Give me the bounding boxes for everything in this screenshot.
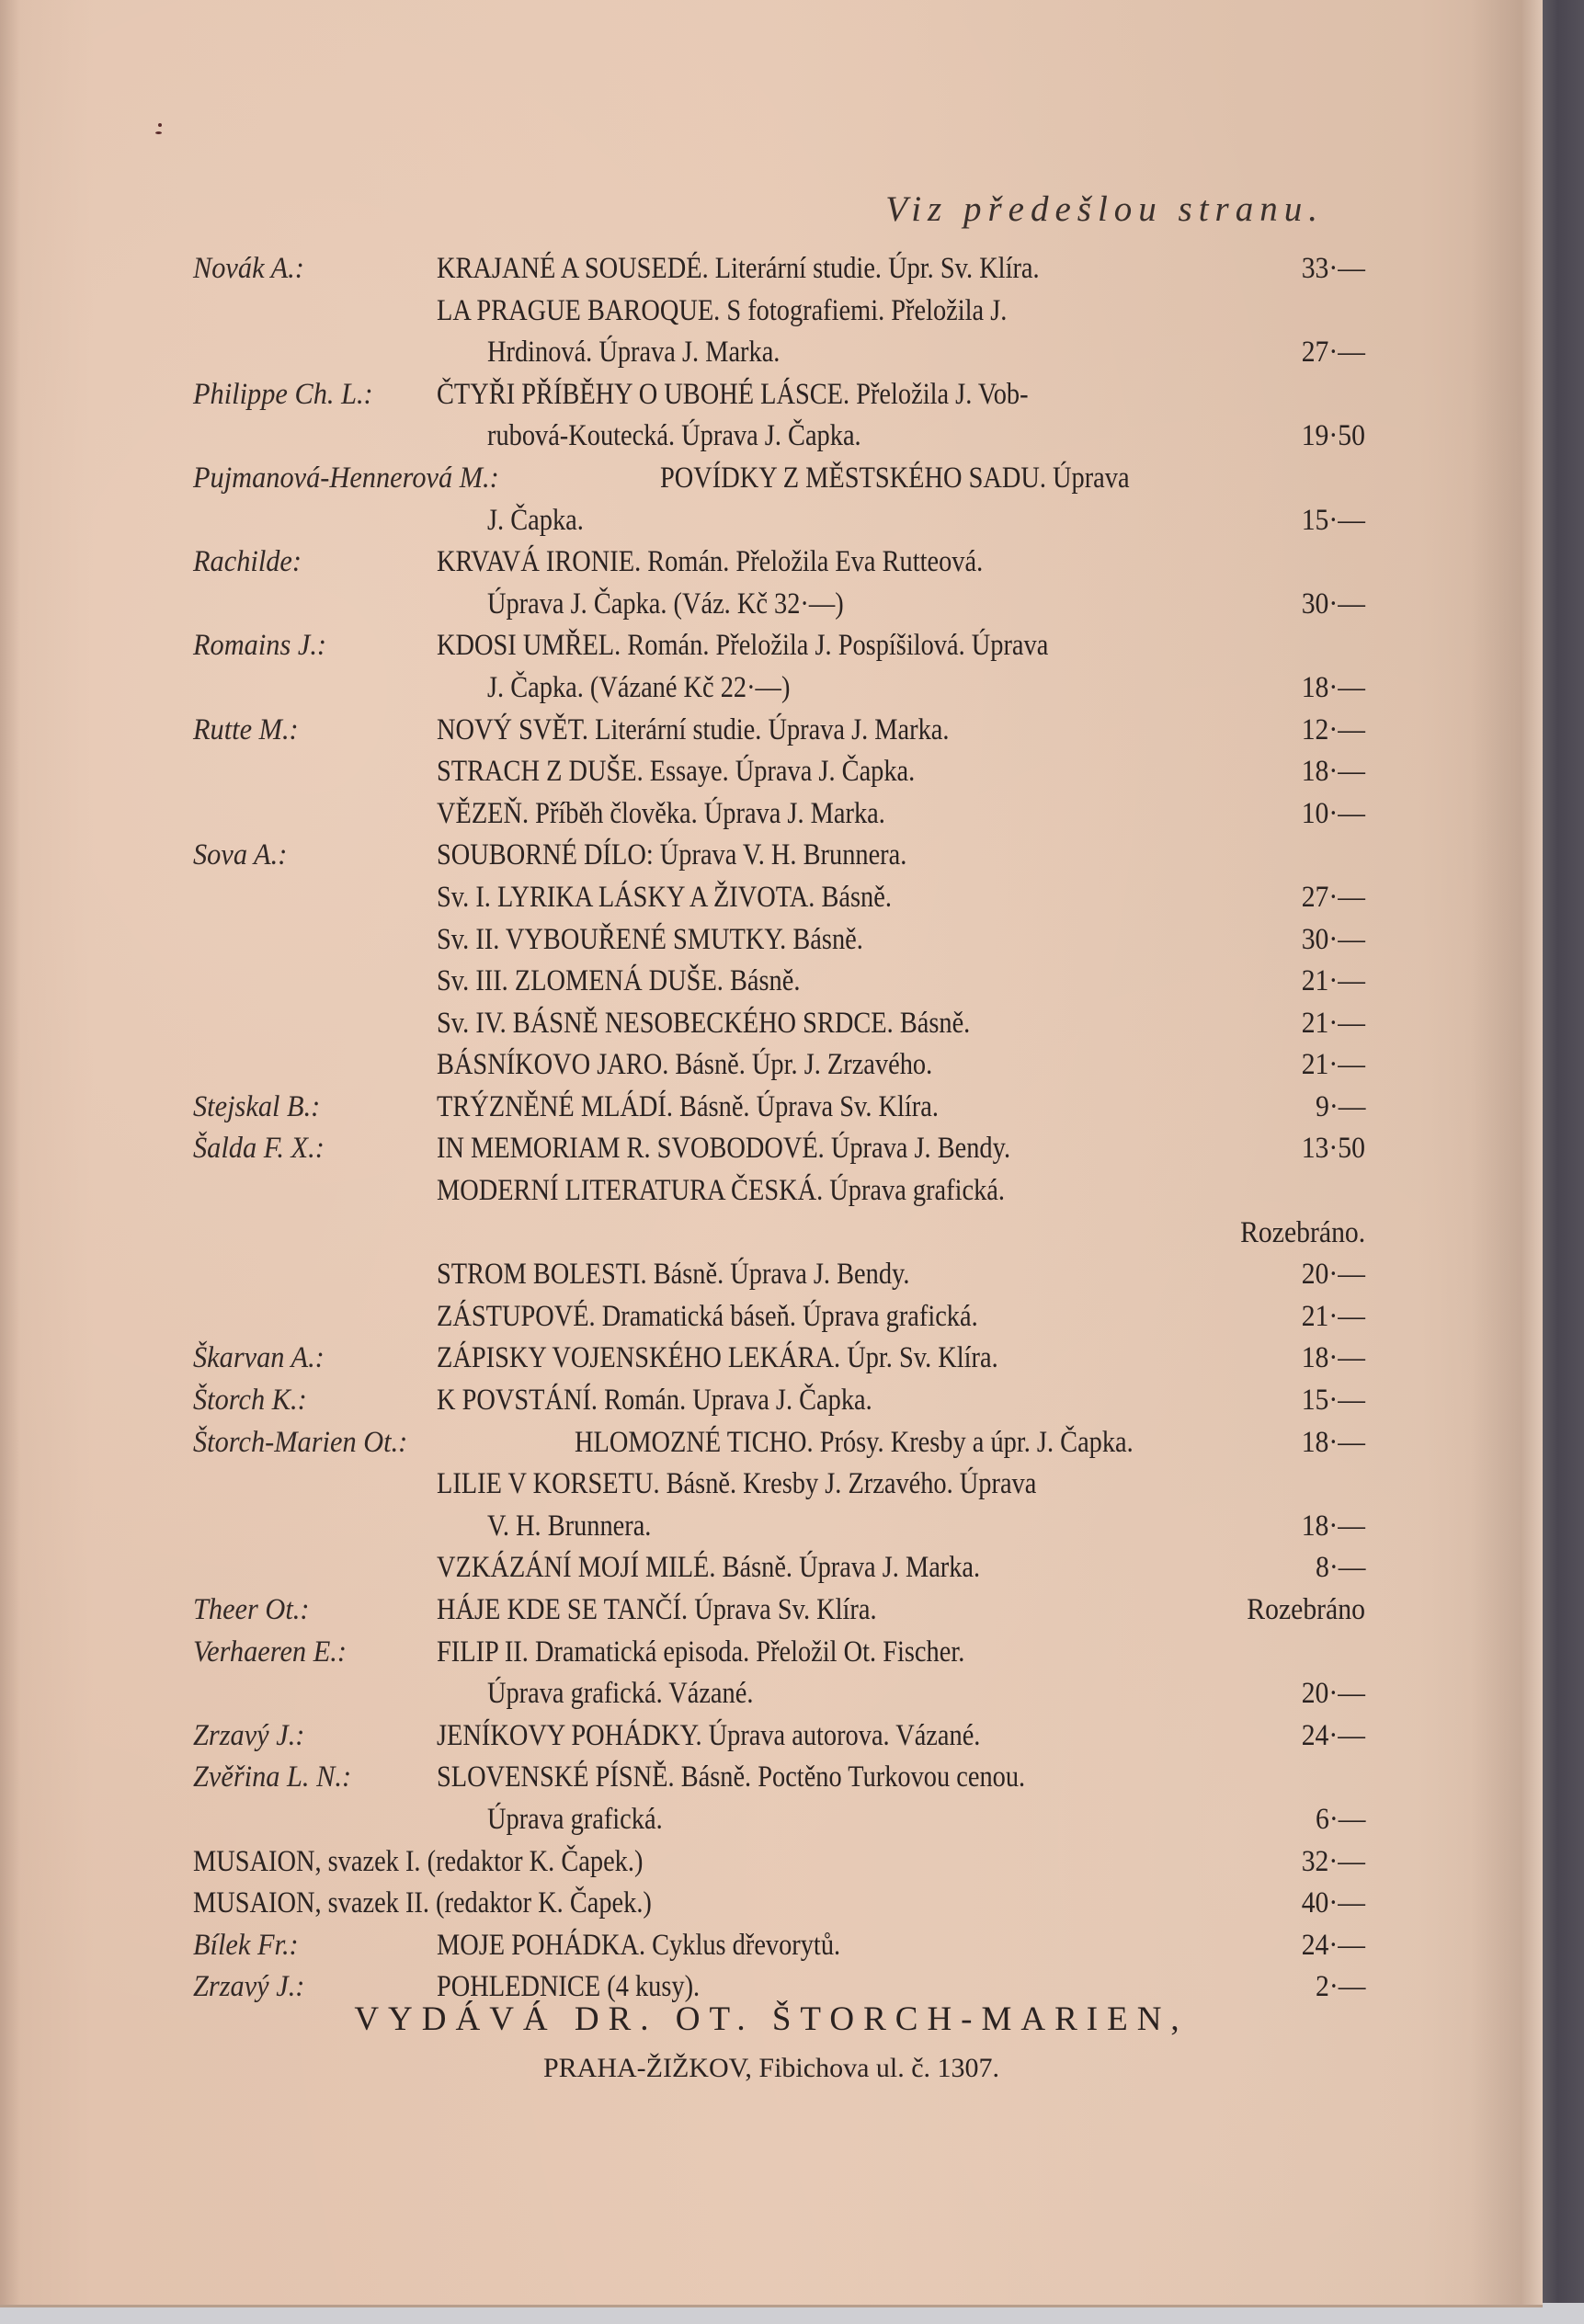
catalogue-entry: J. Čapka. (Vázané Kč 22·—)18·— <box>0 667 1543 710</box>
catalogue-entry: Hrdinová. Úprava J. Marka.27·— <box>0 332 1543 374</box>
entry-price: 18·— <box>1302 667 1365 710</box>
catalogue-entry: Sv. I. LYRIKA LÁSKY A ŽIVOTA. Básně.27·— <box>0 877 1543 919</box>
entry-price: 19·50 <box>1302 416 1365 458</box>
entry-price: 12·— <box>1302 710 1365 752</box>
catalogue-entry: Romains J.:KDOSI UMŘEL. Román. Přeložila… <box>0 625 1543 667</box>
entry-price: 20·— <box>1302 1673 1365 1715</box>
ink-speck <box>158 123 162 127</box>
entry-title: Sv. II. VYBOUŘENÉ SMUTKY. Básně. <box>437 919 863 962</box>
entry-author: Škarvan A.: <box>193 1338 325 1380</box>
entry-author: Štorch-Marien Ot.: <box>193 1422 407 1464</box>
catalogue-entry: Úprava grafická.6·— <box>0 1799 1543 1841</box>
catalogue-entry: MUSAION, svazek II. (redaktor K. Čapek.)… <box>0 1883 1543 1925</box>
entry-title: MUSAION, svazek I. (redaktor K. Čapek.) <box>193 1841 643 1884</box>
entry-title: ZÁPISKY VOJENSKÉHO LEKÁRA. Úpr. Sv. Klír… <box>437 1338 998 1380</box>
catalogue-entry: Zrzavý J.:JENÍKOVY POHÁDKY. Úprava autor… <box>0 1715 1543 1758</box>
entry-title: KRVAVÁ IRONIE. Román. Přeložila Eva Rutt… <box>437 541 983 584</box>
catalogue-entry: VZKÁZÁNÍ MOJÍ MILÉ. Básně. Úprava J. Mar… <box>0 1547 1543 1589</box>
entry-price: 21·— <box>1302 1003 1365 1045</box>
catalogue-entry: Stejskal B.:TRÝZNĚNÉ MLÁDÍ. Básně. Úprav… <box>0 1087 1543 1129</box>
catalogue-entry: LILIE V KORSETU. Básně. Kresby J. Zrzavé… <box>0 1464 1543 1506</box>
entry-title: LILIE V KORSETU. Básně. Kresby J. Zrzavé… <box>437 1464 1036 1506</box>
entry-price: 21·— <box>1302 1296 1365 1339</box>
entry-price: 18·— <box>1302 1338 1365 1380</box>
catalogue-entry: Rozebráno. <box>0 1213 1543 1255</box>
catalogue-entry: STROM BOLESTI. Básně. Úprava J. Bendy.20… <box>0 1254 1543 1296</box>
entry-price: 27·— <box>1302 877 1365 919</box>
entry-title: Úprava grafická. <box>487 1799 663 1841</box>
entry-author: Philippe Ch. L.: <box>193 374 373 416</box>
entry-title: ČTYŘI PŘÍBĚHY O UBOHÉ LÁSCE. Přeložila J… <box>437 374 1029 416</box>
entry-price: 18·— <box>1302 751 1365 793</box>
entry-price: 15·— <box>1302 1380 1365 1422</box>
catalogue-entry: Rutte M.:NOVÝ SVĚT. Literární studie. Úp… <box>0 710 1543 752</box>
entry-price: 40·— <box>1302 1883 1365 1925</box>
entry-author: Pujmanová-Hennerová M.: <box>193 458 499 500</box>
catalogue-entry: Theer Ot.:HÁJE KDE SE TANČÍ. Úprava Sv. … <box>0 1589 1543 1632</box>
entry-title: rubová-Koutecká. Úprava J. Čapka. <box>487 416 861 458</box>
entry-title: MUSAION, svazek II. (redaktor K. Čapek.) <box>193 1883 652 1925</box>
entry-title: KRAJANÉ A SOUSEDÉ. Literární studie. Úpr… <box>437 248 1040 290</box>
entry-price: 6·— <box>1316 1799 1365 1841</box>
entry-title: NOVÝ SVĚT. Literární studie. Úprava J. M… <box>437 710 949 752</box>
catalogue-entry: Sova A.:SOUBORNÉ DÍLO: Úprava V. H. Brun… <box>0 835 1543 877</box>
catalogue-entry: Sv. II. VYBOUŘENÉ SMUTKY. Básně.30·— <box>0 919 1543 962</box>
entry-title: VĚZEŇ. Příběh člověka. Úprava J. Marka. <box>437 793 885 836</box>
catalogue-entry: Rachilde:KRVAVÁ IRONIE. Román. Přeložila… <box>0 541 1543 584</box>
entry-title: Sv. IV. BÁSNĚ NESOBECKÉHO SRDCE. Básně. <box>437 1003 970 1045</box>
entry-price: 8·— <box>1316 1547 1365 1589</box>
entry-title: Sv. III. ZLOMENÁ DUŠE. Básně. <box>437 961 800 1003</box>
entry-price: 21·— <box>1302 1044 1365 1087</box>
entry-title: LA PRAGUE BAROQUE. S fotografiemi. Přelo… <box>437 290 1007 333</box>
catalogue-entry: Štorch K.:K POVSTÁNÍ. Román. Uprava J. Č… <box>0 1380 1543 1422</box>
entry-price: 30·— <box>1302 919 1365 962</box>
entry-title: POVÍDKY Z MĚSTSKÉHO SADU. Úprava <box>660 458 1130 500</box>
entry-title: Hrdinová. Úprava J. Marka. <box>487 332 780 374</box>
catalogue-entry: Škarvan A.:ZÁPISKY VOJENSKÉHO LEKÁRA. Úp… <box>0 1338 1543 1380</box>
entry-price: Rozebráno. <box>1240 1213 1365 1255</box>
entry-author: Stejskal B.: <box>193 1087 320 1129</box>
entry-price: 9·— <box>1316 1087 1365 1129</box>
entry-price: 24·— <box>1302 1925 1365 1967</box>
entry-price: 13·50 <box>1302 1128 1365 1170</box>
entry-price: 24·— <box>1302 1715 1365 1758</box>
entry-title: J. Čapka. <box>487 500 584 542</box>
entry-title: ZÁSTUPOVÉ. Dramatická báseň. Úprava graf… <box>437 1296 978 1339</box>
entry-title: Úprava J. Čapka. (Váz. Kč 32·—) <box>487 584 844 626</box>
entry-price: 21·— <box>1302 961 1365 1003</box>
entry-title: STRACH Z DUŠE. Essaye. Úprava J. Čapka. <box>437 751 915 793</box>
entry-title: STROM BOLESTI. Básně. Úprava J. Bendy. <box>437 1254 909 1296</box>
catalogue-entry: Pujmanová-Hennerová M.:POVÍDKY Z MĚSTSKÉ… <box>0 458 1543 500</box>
catalogue-entry: Novák A.:KRAJANÉ A SOUSEDÉ. Literární st… <box>0 248 1543 290</box>
entry-price: 20·— <box>1302 1254 1365 1296</box>
entry-author: Romains J.: <box>193 625 326 667</box>
catalogue-entry: BÁSNÍKOVO JARO. Básně. Úpr. J. Zrzavého.… <box>0 1044 1543 1087</box>
book-catalogue-list: Novák A.:KRAJANÉ A SOUSEDÉ. Literární st… <box>0 248 1543 2009</box>
entry-author: Sova A.: <box>193 835 287 877</box>
catalogue-entry: Úprava grafická. Vázané.20·— <box>0 1673 1543 1715</box>
entry-price: Rozebráno <box>1247 1589 1365 1632</box>
ink-speck <box>155 131 162 134</box>
catalogue-entry: Štorch-Marien Ot.:HLOMOZNÉ TICHO. Prósy.… <box>0 1422 1543 1464</box>
entry-title: VZKÁZÁNÍ MOJÍ MILÉ. Básně. Úprava J. Mar… <box>437 1547 980 1589</box>
entry-title: J. Čapka. (Vázané Kč 22·—) <box>487 667 790 710</box>
publisher-line: VYDÁVÁ DR. OT. ŠTORCH-MARIEN, <box>0 1999 1543 2039</box>
entry-title: SLOVENSKÉ PÍSNĚ. Básně. Poctěno Turkovou… <box>437 1757 1025 1799</box>
catalogue-entry: Bílek Fr.:MOJE POHÁDKA. Cyklus dřevorytů… <box>0 1925 1543 1967</box>
entry-title: FILIP II. Dramatická episoda. Přeložil O… <box>437 1632 964 1674</box>
entry-author: Štorch K.: <box>193 1380 307 1422</box>
entry-title: TRÝZNĚNÉ MLÁDÍ. Básně. Úprava Sv. Klíra. <box>437 1087 939 1129</box>
scan-backdrop-right <box>1541 0 1584 2324</box>
catalogue-entry: Verhaeren E.:FILIP II. Dramatická episod… <box>0 1632 1543 1674</box>
entry-price: 10·— <box>1302 793 1365 836</box>
entry-title: K POVSTÁNÍ. Román. Uprava J. Čapka. <box>437 1380 872 1422</box>
catalogue-entry: Úprava J. Čapka. (Váz. Kč 32·—)30·— <box>0 584 1543 626</box>
entry-price: 30·— <box>1302 584 1365 626</box>
entry-price: 27·— <box>1302 332 1365 374</box>
entry-author: Šalda F. X.: <box>193 1128 325 1170</box>
catalogue-entry: Sv. III. ZLOMENÁ DUŠE. Básně.21·— <box>0 961 1543 1003</box>
catalogue-entry: LA PRAGUE BAROQUE. S fotografiemi. Přelo… <box>0 290 1543 333</box>
catalogue-entry: rubová-Koutecká. Úprava J. Čapka.19·50 <box>0 416 1543 458</box>
entry-author: Theer Ot.: <box>193 1589 309 1632</box>
entry-title: IN MEMORIAM R. SVOBODOVÉ. Úprava J. Bend… <box>437 1128 1010 1170</box>
entry-title: V. H. Brunnera. <box>487 1506 651 1548</box>
entry-price: 18·— <box>1302 1422 1365 1464</box>
entry-author: Rutte M.: <box>193 710 299 752</box>
entry-price: 15·— <box>1302 500 1365 542</box>
entry-author: Verhaeren E.: <box>193 1632 347 1674</box>
entry-price: 33·— <box>1302 248 1365 290</box>
entry-author: Novák A.: <box>193 248 304 290</box>
catalogue-entry: STRACH Z DUŠE. Essaye. Úprava J. Čapka.1… <box>0 751 1543 793</box>
entry-title: KDOSI UMŘEL. Román. Přeložila J. Pospíši… <box>437 625 1048 667</box>
entry-title: HÁJE KDE SE TANČÍ. Úprava Sv. Klíra. <box>437 1589 877 1632</box>
catalogue-entry: J. Čapka.15·— <box>0 500 1543 542</box>
publisher-address: PRAHA-ŽIŽKOV, Fibichova ul. č. 1307. <box>0 2053 1543 2084</box>
entry-author: Bílek Fr.: <box>193 1925 299 1967</box>
catalogue-entry: Philippe Ch. L.:ČTYŘI PŘÍBĚHY O UBOHÉ LÁ… <box>0 374 1543 416</box>
entry-title: MOJE POHÁDKA. Cyklus dřevorytů. <box>437 1925 840 1967</box>
catalogue-entry: ZÁSTUPOVÉ. Dramatická báseň. Úprava graf… <box>0 1296 1543 1339</box>
entry-author: Rachilde: <box>193 541 302 584</box>
entry-title: JENÍKOVY POHÁDKY. Úprava autorova. Vázan… <box>437 1715 980 1758</box>
entry-author: Zvěřina L. N.: <box>193 1757 351 1799</box>
entry-price: 32·— <box>1302 1841 1365 1884</box>
catalogue-entry: Šalda F. X.:IN MEMORIAM R. SVOBODOVÉ. Úp… <box>0 1128 1543 1170</box>
entry-author: Zrzavý J.: <box>193 1715 304 1758</box>
continued-from-previous-page-note: Viz předešlou stranu. <box>885 188 1324 230</box>
entry-title: Úprava grafická. Vázané. <box>487 1673 753 1715</box>
entry-price: 18·— <box>1302 1506 1365 1548</box>
entry-title: MODERNÍ LITERATURA ČESKÁ. Úprava grafick… <box>437 1170 1005 1213</box>
catalogue-entry: VĚZEŇ. Příběh člověka. Úprava J. Marka.1… <box>0 793 1543 836</box>
catalogue-entry: Zvěřina L. N.:SLOVENSKÉ PÍSNĚ. Básně. Po… <box>0 1757 1543 1799</box>
entry-title: SOUBORNÉ DÍLO: Úprava V. H. Brunnera. <box>437 835 906 877</box>
entry-title: Sv. I. LYRIKA LÁSKY A ŽIVOTA. Básně. <box>437 877 892 919</box>
entry-title: BÁSNÍKOVO JARO. Básně. Úpr. J. Zrzavého. <box>437 1044 932 1087</box>
book-back-cover-page: Viz předešlou stranu. Novák A.:KRAJANÉ A… <box>0 0 1543 2307</box>
catalogue-entry: MODERNÍ LITERATURA ČESKÁ. Úprava grafick… <box>0 1170 1543 1213</box>
catalogue-entry: V. H. Brunnera.18·— <box>0 1506 1543 1548</box>
catalogue-entry: MUSAION, svazek I. (redaktor K. Čapek.)3… <box>0 1841 1543 1884</box>
catalogue-entry: Sv. IV. BÁSNĚ NESOBECKÉHO SRDCE. Básně.2… <box>0 1003 1543 1045</box>
entry-title: HLOMOZNÉ TICHO. Prósy. Kresby a úpr. J. … <box>575 1422 1134 1464</box>
